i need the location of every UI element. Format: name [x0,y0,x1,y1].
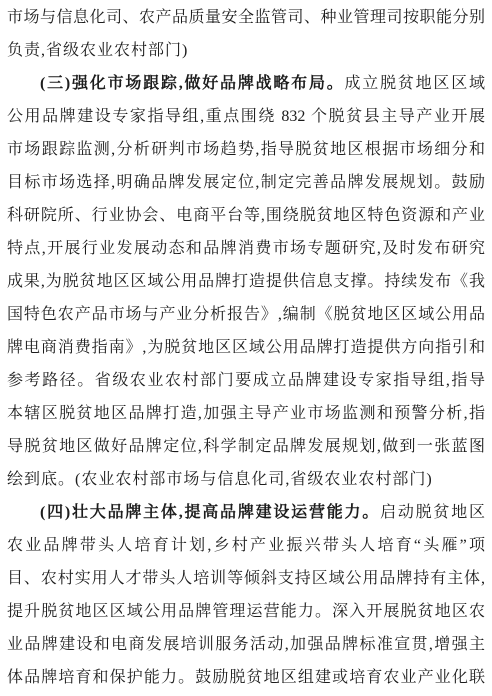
body-text-segment: 特点,开展行业发展动态和品牌消费市场专题研究,及时发布研究 [7,240,485,257]
text-line: 科研院所、行业协会、电商平台等,围绕脱贫地区特色资源和产业 [7,199,485,232]
text-line: 本辖区脱贫地区品牌打造,加强主导产业市场监测和预警分析,指 [7,397,485,430]
body-text-segment: 科研院所、行业协会、电商平台等,围绕脱贫地区特色资源和产业 [7,207,485,224]
body-text-segment: 业品牌建设和电商发展培训服务活动,加强品牌标准宣贯,增强主 [7,636,485,653]
body-text-segment: 本辖区脱贫地区品牌打造,加强主导产业市场监测和预警分析,指 [7,405,485,422]
text-line: 目标市场选择,明确品牌发展定位,制定完善品牌发展规划。鼓励 [7,166,485,199]
section-heading-segment: (四)壮大品牌主体,提高品牌建设运营能力。 [40,504,380,521]
body-text-segment: 导脱贫地区做好品牌定位,科学制定品牌发展规划,做到一张蓝图 [7,438,485,455]
body-text-segment: 启动脱贫地区 [380,504,485,521]
body-text-segment: 体品牌培育和保护能力。鼓励脱贫地区组建或培育农业产业化联 [7,669,485,686]
text-line: (四)壮大品牌主体,提高品牌建设运营能力。启动脱贫地区 [7,496,485,529]
text-line: 国特色农产品市场与产业分析报告》,编制《脱贫地区区域公用品 [7,298,485,331]
text-line: 业品牌建设和电商发展培训服务活动,加强品牌标准宣贯,增强主 [7,628,485,661]
body-text-segment: 参考路径。省级农业农村部门要成立品牌建设专家指导组,指导 [7,372,485,389]
body-text-segment: 国特色农产品市场与产业分析报告》,编制《脱贫地区区域公用品 [7,306,485,323]
text-line: 牌电商消费指南》,为脱贫地区区域公用品牌打造提供方向指引和 [7,331,485,364]
text-line: 参考路径。省级农业农村部门要成立品牌建设专家指导组,指导 [7,364,485,397]
body-text-segment: 目标市场选择,明确品牌发展定位,制定完善品牌发展规划。鼓励 [7,174,485,191]
text-line: 市场与信息化司、农产品质量安全监管司、种业管理司按职能分别 [7,1,485,34]
body-text-segment: 目、农村实用人才带头人培训等倾斜支持区域公用品牌持有主体, [7,570,485,587]
body-text-segment: 农业品牌带头人培育计划,乡村产业振兴带头人培育“头雁”项 [7,537,485,554]
document-text: 市场与信息化司、农产品质量安全监管司、种业管理司按职能分别负责,省级农业农村部门… [7,1,485,694]
body-text-segment: 负责,省级农业农村部门) [7,42,188,59]
body-text-segment: 绘到底。(农业农村部市场与信息化司,省级农业农村部门) [7,471,433,488]
text-line: 提升脱贫地区区域公用品牌管理运营能力。深入开展脱贫地区农 [7,595,485,628]
document-page: 市场与信息化司、农产品质量安全监管司、种业管理司按职能分别负责,省级农业农村部门… [0,0,492,696]
text-line: 导脱贫地区做好品牌定位,科学制定品牌发展规划,做到一张蓝图 [7,430,485,463]
text-line: 公用品牌建设专家指导组,重点围绕 832 个脱贫县主导产业开展 [7,100,485,133]
body-text-segment: 公用品牌建设专家指导组,重点围绕 832 个脱贫县主导产业开展 [7,108,485,125]
body-text-segment: 牌电商消费指南》,为脱贫地区区域公用品牌打造提供方向指引和 [7,339,485,356]
body-text-segment: 市场与信息化司、农产品质量安全监管司、种业管理司按职能分别 [7,9,485,26]
text-line: (三)强化市场跟踪,做好品牌战略布局。成立脱贫地区区域 [7,67,485,100]
text-line: 绘到底。(农业农村部市场与信息化司,省级农业农村部门) [7,463,485,496]
body-text-segment: 市场跟踪监测,分析研判市场趋势,指导脱贫地区根据市场细分和 [7,141,485,158]
text-line: 成果,为脱贫地区区域公用品牌打造提供信息支撑。持续发布《我 [7,265,485,298]
text-line: 特点,开展行业发展动态和品牌消费市场专题研究,及时发布研究 [7,232,485,265]
body-text-segment: 成果,为脱贫地区区域公用品牌打造提供信息支撑。持续发布《我 [7,273,485,290]
text-line: 目、农村实用人才带头人培训等倾斜支持区域公用品牌持有主体, [7,562,485,595]
body-text-segment: 提升脱贫地区区域公用品牌管理运营能力。深入开展脱贫地区农 [7,603,485,620]
body-text-segment: 成立脱贫地区区域 [345,75,485,92]
text-line: 负责,省级农业农村部门) [7,34,485,67]
text-line: 农业品牌带头人培育计划,乡村产业振兴带头人培育“头雁”项 [7,529,485,562]
section-heading-segment: (三)强化市场跟踪,做好品牌战略布局。 [40,75,345,92]
text-line: 市场跟踪监测,分析研判市场趋势,指导脱贫地区根据市场细分和 [7,133,485,166]
text-line: 体品牌培育和保护能力。鼓励脱贫地区组建或培育农业产业化联 [7,661,485,694]
